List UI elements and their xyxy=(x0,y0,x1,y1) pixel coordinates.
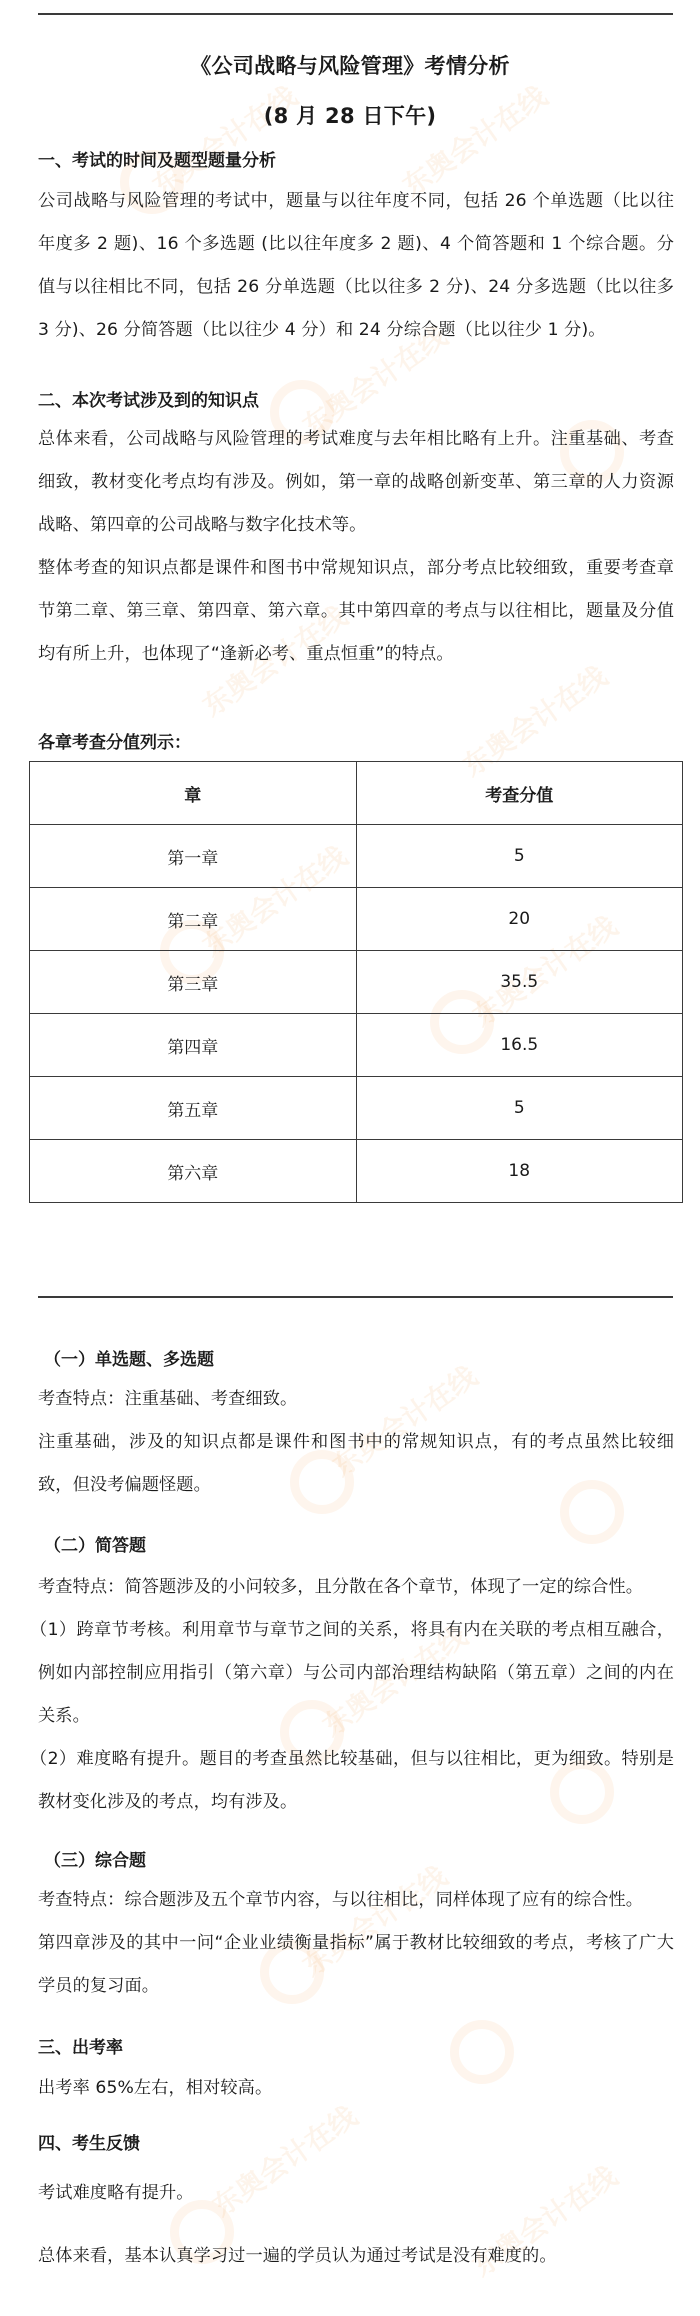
paragraph: 整体考查的知识点都是课件和图书中常规知识点，部分考点比较细致，重要考查章节第二章… xyxy=(38,547,674,676)
paragraph: （2）难度略有提升。题目的考查虽然比较基础，但与以往相比，更为细致。特别是教材变… xyxy=(38,1738,674,1824)
chapter-cell: 第四章 xyxy=(30,1014,357,1077)
paragraph: 总体来看，公司战略与风险管理的考试难度与去年相比略有上升。注重基础、考查细致，教… xyxy=(38,418,674,547)
paragraph: 考查特点：简答题涉及的小问较多，且分散在各个章节，体现了一定的综合性。 xyxy=(38,1566,674,1609)
column-header: 章 xyxy=(30,762,357,825)
table-row: 第四章 16.5 xyxy=(30,1014,683,1077)
chapter-cell: 第三章 xyxy=(30,951,357,1014)
paragraph: 出考率 65%左右，相对较高。 xyxy=(38,2067,674,2110)
paragraph: （1）跨章节考核。利用章节与章节之间的关系，将具有内在关联的考点相互融合，例如内… xyxy=(38,1609,674,1738)
column-header: 考查分值 xyxy=(356,762,683,825)
table-caption: 各章考查分值列示： xyxy=(38,728,191,753)
subsection-body: 考查特点：综合题涉及五个章节内容，与以往相比，同样体现了应有的综合性。 第四章涉… xyxy=(38,1879,674,2008)
section-heading: 三、出考率 xyxy=(38,2033,123,2058)
table-row: 第二章 20 xyxy=(30,888,683,951)
chapter-cell: 第五章 xyxy=(30,1077,357,1140)
score-cell: 16.5 xyxy=(356,1014,683,1077)
paragraph: 考试难度略有提升。 xyxy=(38,2162,674,2225)
page-title: 《公司战略与风险管理》考情分析 xyxy=(0,50,700,80)
paragraph: 注重基础，涉及的知识点都是课件和图书中的常规知识点，有的考点虽然比较细致，但没考… xyxy=(38,1421,674,1507)
subsection-heading: （三）综合题 xyxy=(44,1846,146,1871)
chapter-score-table: 章 考查分值 第一章 5 第二章 20 第三章 35.5 第四章 16.5 第五… xyxy=(29,761,683,1203)
score-cell: 5 xyxy=(356,825,683,888)
section-body: 出考率 65%左右，相对较高。 xyxy=(38,2067,674,2110)
section-body: 考试难度略有提升。 总体来看，基本认真学习过一遍的学员认为通过考试是没有难度的。 xyxy=(38,2162,674,2288)
section-heading: 四、考生反馈 xyxy=(38,2129,140,2154)
section-heading: 二、本次考试涉及到的知识点 xyxy=(38,386,259,411)
paragraph: 考查特点：综合题涉及五个章节内容，与以往相比，同样体现了应有的综合性。 xyxy=(38,1879,674,1922)
paragraph: 公司战略与风险管理的考试中，题量与以往年度不同，包括 26 个单选题（比以往年度… xyxy=(38,180,674,352)
chapter-cell: 第二章 xyxy=(30,888,357,951)
page-subtitle: (8 月 28 日下午) xyxy=(0,100,700,130)
top-divider xyxy=(38,13,673,15)
paragraph: 第四章涉及的其中一问“企业业绩衡量指标”属于教材比较细致的考点，考核了广大学员的… xyxy=(38,1922,674,2008)
subsection-heading: （一）单选题、多选题 xyxy=(44,1345,214,1370)
subsection-body: 考查特点：注重基础、考查细致。 注重基础，涉及的知识点都是课件和图书中的常规知识… xyxy=(38,1378,674,1507)
table-row: 第三章 35.5 xyxy=(30,951,683,1014)
table-row: 第六章 18 xyxy=(30,1140,683,1203)
score-cell: 5 xyxy=(356,1077,683,1140)
subsection-heading: （二）简答题 xyxy=(44,1531,146,1556)
table-header-row: 章 考查分值 xyxy=(30,762,683,825)
chapter-cell: 第一章 xyxy=(30,825,357,888)
section-heading: 一、考试的时间及题型题量分析 xyxy=(38,146,276,171)
score-cell: 20 xyxy=(356,888,683,951)
score-cell: 35.5 xyxy=(356,951,683,1014)
section-body: 总体来看，公司战略与风险管理的考试难度与去年相比略有上升。注重基础、考查细致，教… xyxy=(38,418,674,676)
paragraph: 总体来看，基本认真学习过一遍的学员认为通过考试是没有难度的。 xyxy=(38,2225,674,2288)
subsection-body: 考查特点：简答题涉及的小问较多，且分散在各个章节，体现了一定的综合性。 （1）跨… xyxy=(38,1566,674,1824)
table-row: 第五章 5 xyxy=(30,1077,683,1140)
chapter-cell: 第六章 xyxy=(30,1140,357,1203)
score-cell: 18 xyxy=(356,1140,683,1203)
section-body: 公司战略与风险管理的考试中，题量与以往年度不同，包括 26 个单选题（比以往年度… xyxy=(38,180,674,352)
table-row: 第一章 5 xyxy=(30,825,683,888)
paragraph: 考查特点：注重基础、考查细致。 xyxy=(38,1378,674,1421)
page-divider xyxy=(38,1296,673,1298)
